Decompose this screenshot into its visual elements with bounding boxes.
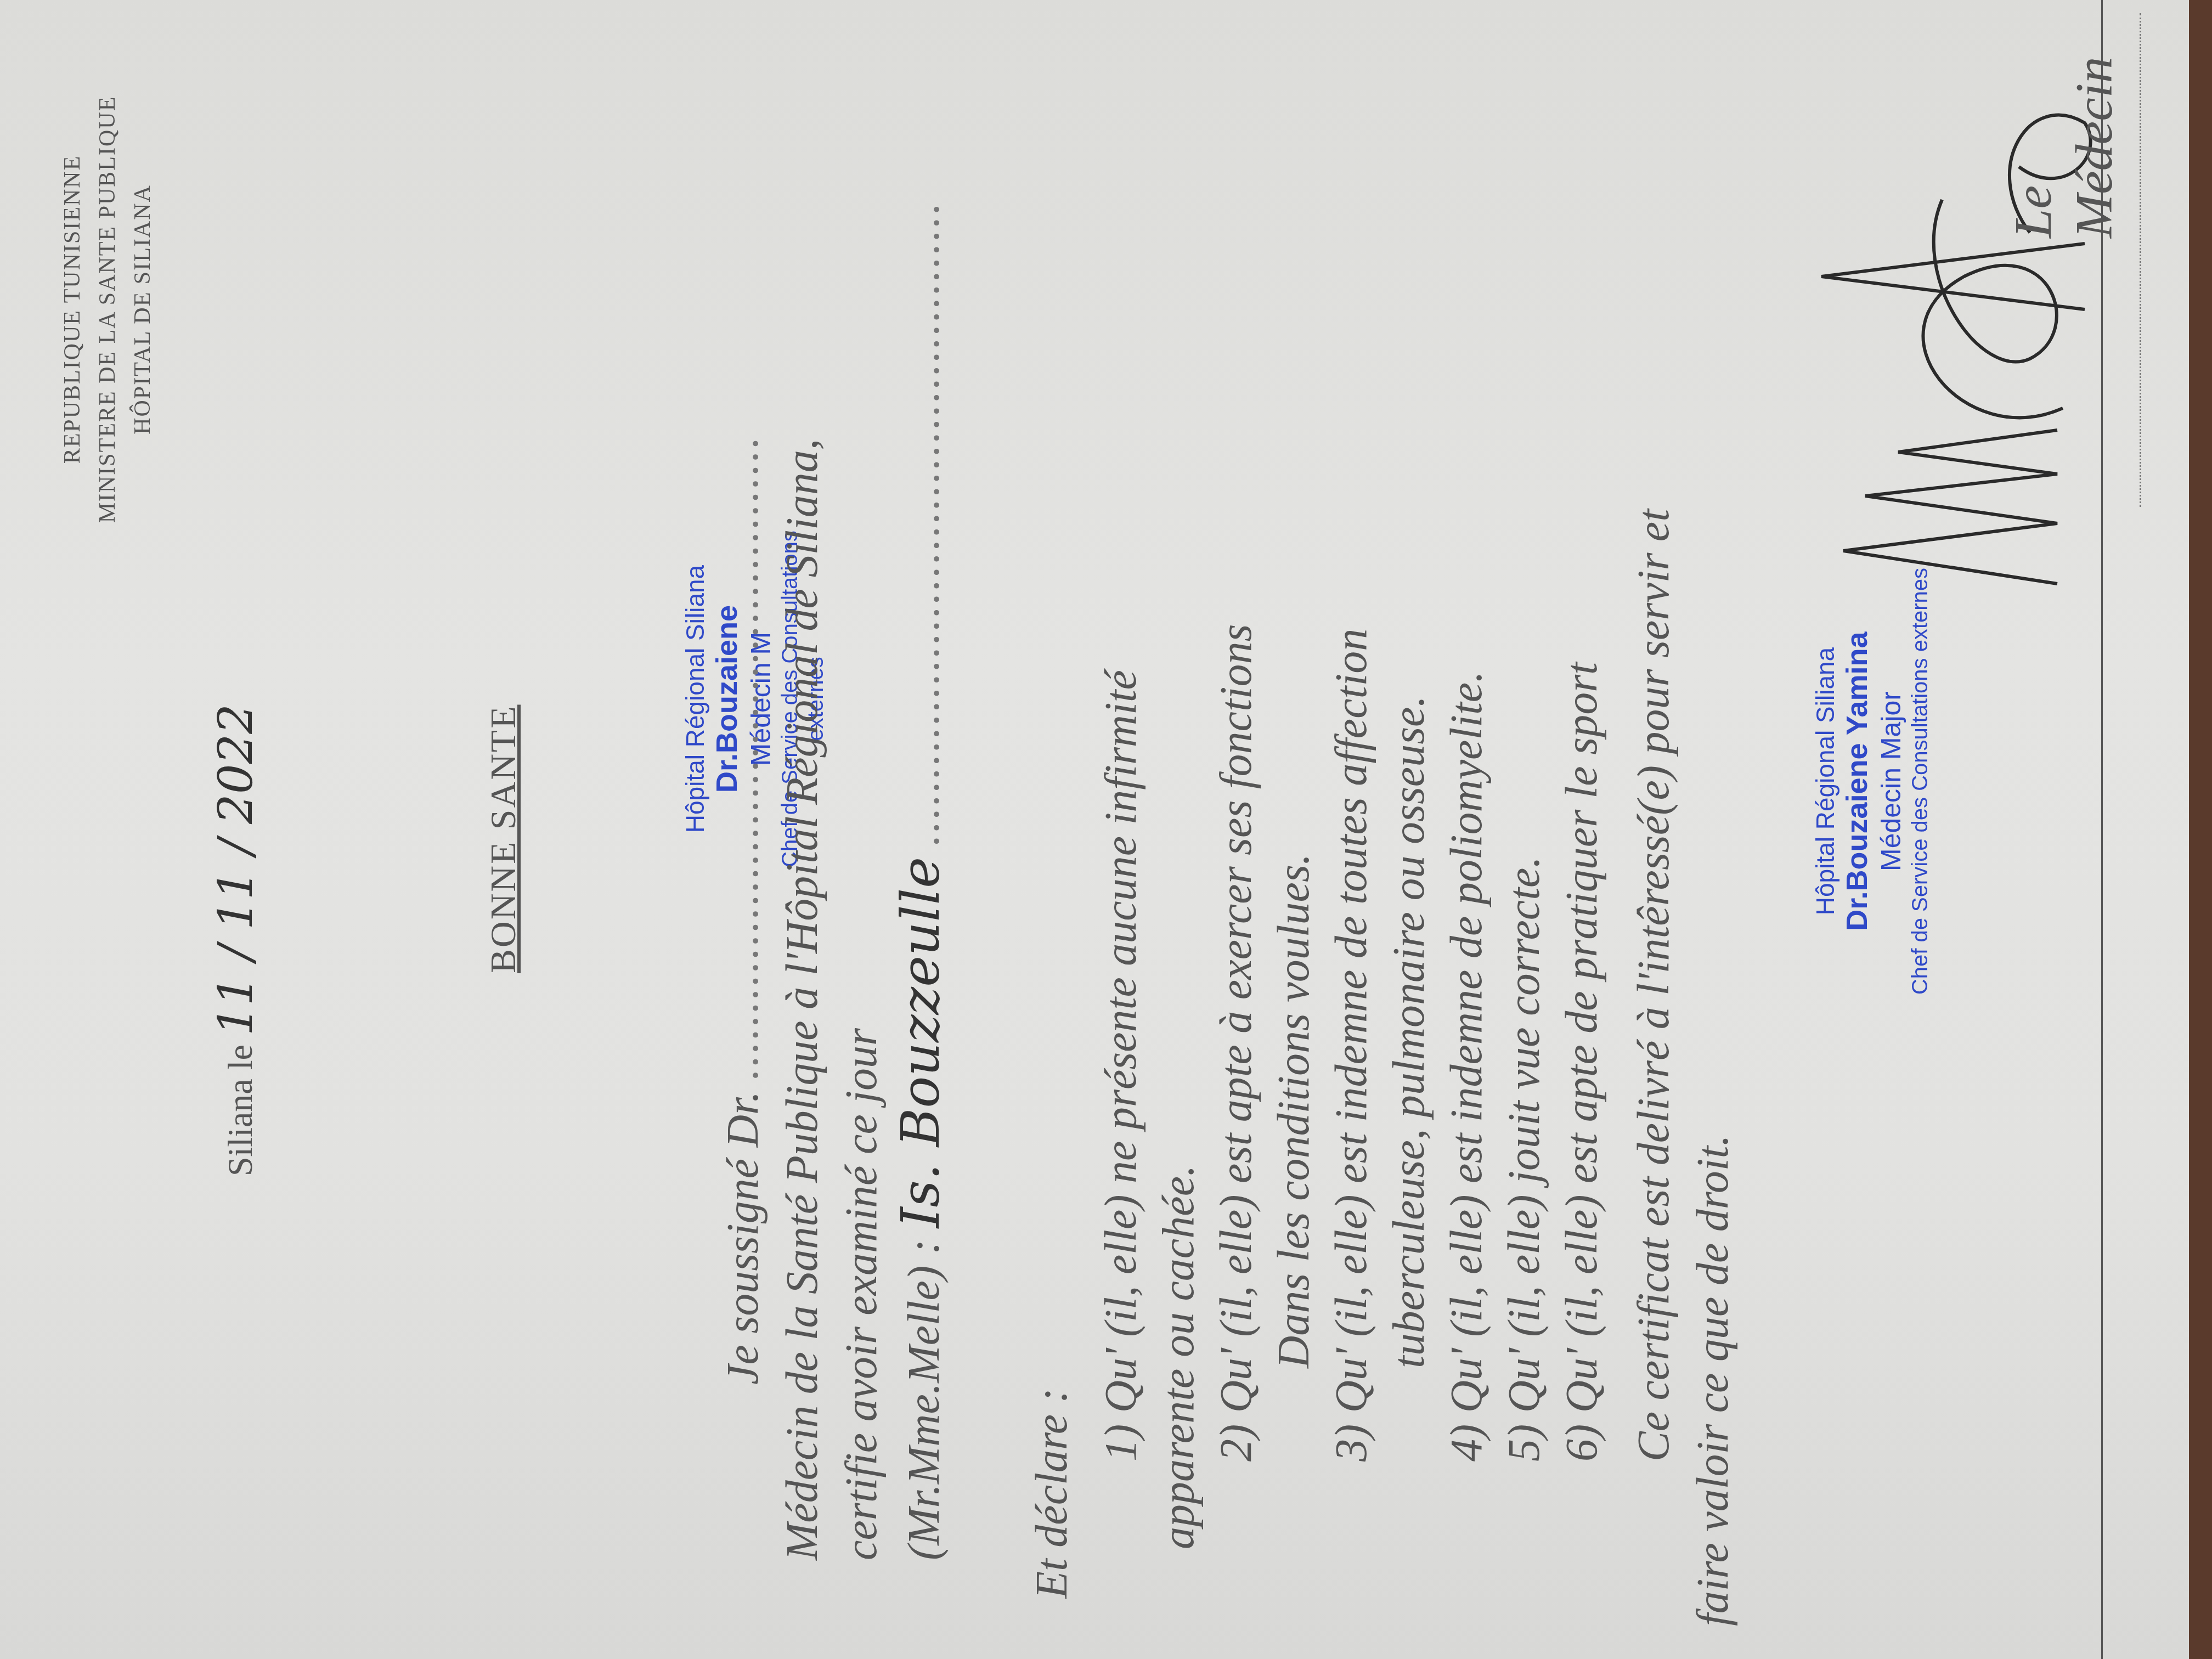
- footer-dotted-rule: [2140, 13, 2141, 507]
- stamp-top-hospital: Hôpital Régional Siliana: [680, 490, 710, 907]
- signature-label: Le Médecin: [2002, 0, 2124, 238]
- date-handwritten: 11 / 11 / 2022: [208, 704, 263, 1036]
- declaration-item: 6) Qu' (il, elle) est apte de pratiquer …: [1553, 68, 1610, 1549]
- document-title: BONNE SANTE: [483, 705, 524, 974]
- patient-name-dots: ........................................…: [899, 200, 949, 845]
- footer-rule: [2101, 0, 2103, 1659]
- doctor-name-dots: ........................................…: [718, 435, 768, 1080]
- letterhead-republic: REPUBLIQUE TUNISIENNE: [55, 0, 90, 639]
- table-edge: [2189, 0, 2212, 1659]
- intro-certifie: certifie avoir examiné ce jour: [832, 79, 891, 1560]
- declaration-item: 4) Qu' (il, elle) est indemne de poliomy…: [1437, 68, 1495, 1549]
- letterhead: REPUBLIQUE TUNISIENNE MINISTERE DE LA SA…: [55, 0, 160, 639]
- letterhead-hospital: HÔPITAL DE SILIANA: [125, 0, 160, 639]
- closing-paragraph: Ce certificat est delivré à l'intêressé(…: [1624, 35, 1742, 1626]
- patient-name-handwritten: Is. Bouzzeulle: [890, 857, 951, 1228]
- declaration-item-cont: Dans les conditions voulues.: [1265, 68, 1322, 1549]
- closing-line-2: faire valoir ce que de droit.: [1683, 35, 1742, 1626]
- certificate-page: REPUBLIQUE TUNISIENNE MINISTERE DE LA SA…: [0, 0, 2212, 1659]
- declarations-list: 1) Qu' (il, elle) ne présente aucune inf…: [1092, 68, 1610, 1549]
- date-label: Siliana le: [221, 1045, 259, 1176]
- intro-medecin: Médecin de la Santé Publique à l'Hôpital…: [772, 79, 832, 1560]
- intro-civility: (Mr.Mme.Melle) :: [899, 1239, 949, 1560]
- declaration-item: 1) Qu' (il, elle) ne présente aucune inf…: [1092, 68, 1149, 1549]
- declaration-item: 3) Qu' (il, elle) est indemne de toutes …: [1322, 68, 1380, 1549]
- declaration-item: 5) Qu' (il, elle) jouit vue correcte.: [1495, 68, 1553, 1549]
- declaration-item-cont: apparente ou cachée.: [1149, 68, 1207, 1549]
- declare-label: Et déclare :: [1026, 1388, 1077, 1599]
- declaration-item-cont: tuberculeuse, pulmonaire ou osseuse.: [1380, 68, 1437, 1549]
- intro-paragraph: Je soussigné Dr. .......................…: [713, 79, 953, 1560]
- letterhead-ministry: MINISTERE DE LA SANTE PUBLIQUE: [90, 0, 125, 639]
- intro-soussigne: Je soussigné Dr.: [718, 1091, 768, 1385]
- closing-line-1: Ce certificat est delivré à l'intêressé(…: [1624, 35, 1683, 1626]
- declaration-item: 2) Qu' (il, elle) est apte à exercer ses…: [1207, 68, 1265, 1549]
- date-line: Siliana le 11 / 11 / 2022: [208, 704, 263, 1176]
